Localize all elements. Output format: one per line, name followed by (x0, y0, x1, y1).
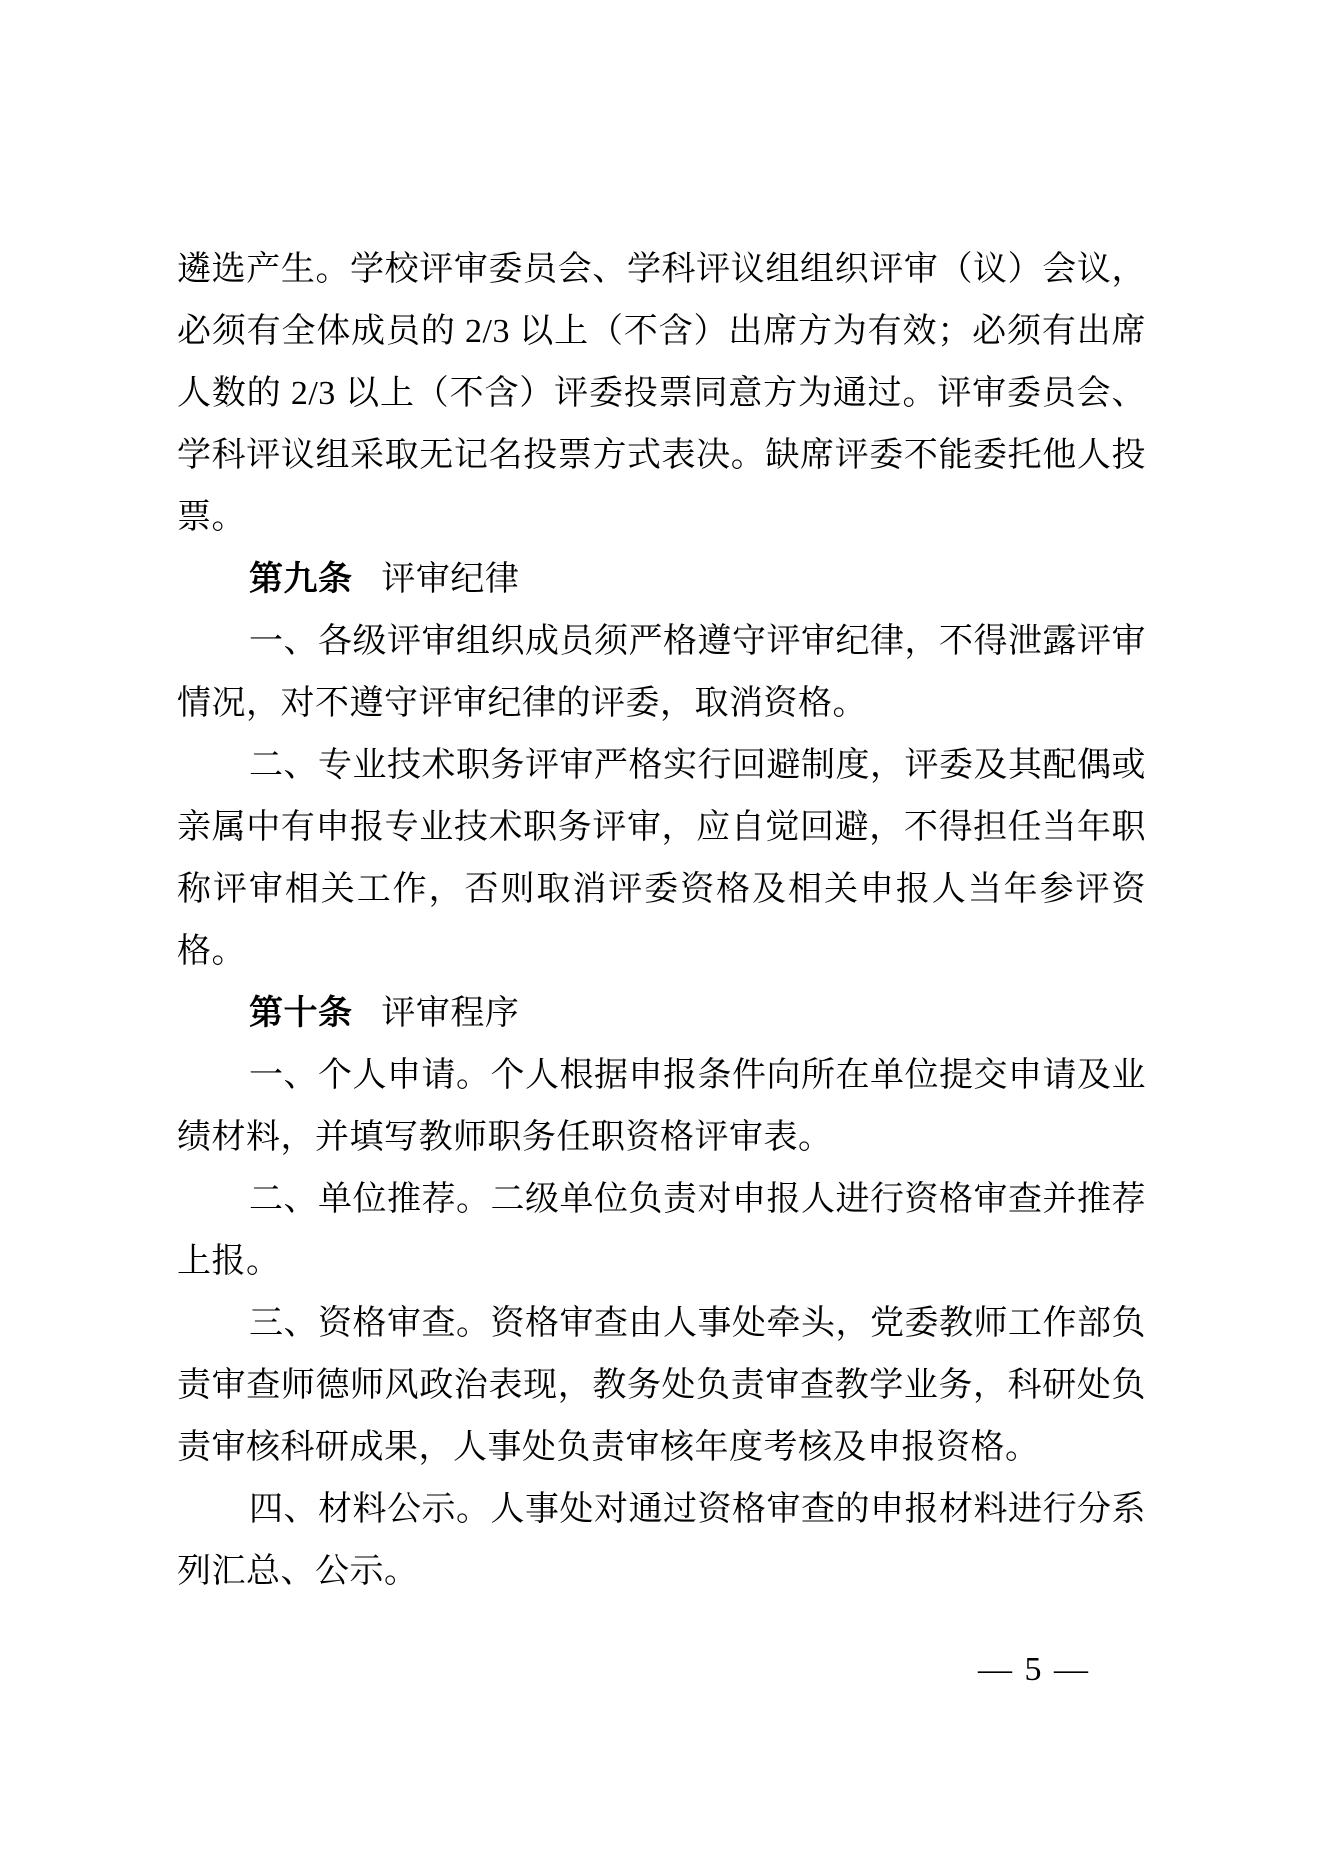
article-10-item-2: 二、单位推荐。二级单位负责对申报人进行资格审查并推荐上报。 (177, 1169, 1146, 1293)
page-number: — 5 — (978, 1653, 1090, 1687)
article-9-title: 评审纪律 (381, 561, 519, 598)
article-9-item-1: 一、各级评审组织成员须严格遵守评审纪律，不得泄露评审情况，对不遵守评审纪律的评委… (177, 611, 1146, 735)
article-10-title: 评审程序 (381, 995, 519, 1032)
article-10-item-3: 三、资格审查。资格审查由人事处牵头，党委教师工作部负责审查师德师风政治表现，教务… (177, 1293, 1146, 1479)
article-10-item-4: 四、材料公示。人事处对通过资格审查的申报材料进行分系列汇总、公示。 (177, 1479, 1146, 1603)
article-10-number: 第十条 (249, 995, 353, 1032)
document-body: 遴选产生。学校评审委员会、学科评议组组织评审（议）会议，必须有全体成员的 2/3… (177, 239, 1146, 1603)
article-9-item-2: 二、专业技术职务评审严格实行回避制度，评委及其配偶或亲属中有申报专业技术职务评审… (177, 735, 1146, 983)
article-9-heading: 第九条评审纪律 (177, 549, 1146, 611)
paragraph-continuation: 遴选产生。学校评审委员会、学科评议组组织评审（议）会议，必须有全体成员的 2/3… (177, 239, 1146, 549)
article-10-heading: 第十条评审程序 (177, 983, 1146, 1045)
article-9-number: 第九条 (249, 561, 353, 598)
article-10-item-1: 一、个人申请。个人根据申报条件向所在单位提交申请及业绩材料，并填写教师职务任职资… (177, 1045, 1146, 1169)
document-page: 遴选产生。学校评审委员会、学科评议组组织评审（议）会议，必须有全体成员的 2/3… (0, 0, 1323, 1871)
